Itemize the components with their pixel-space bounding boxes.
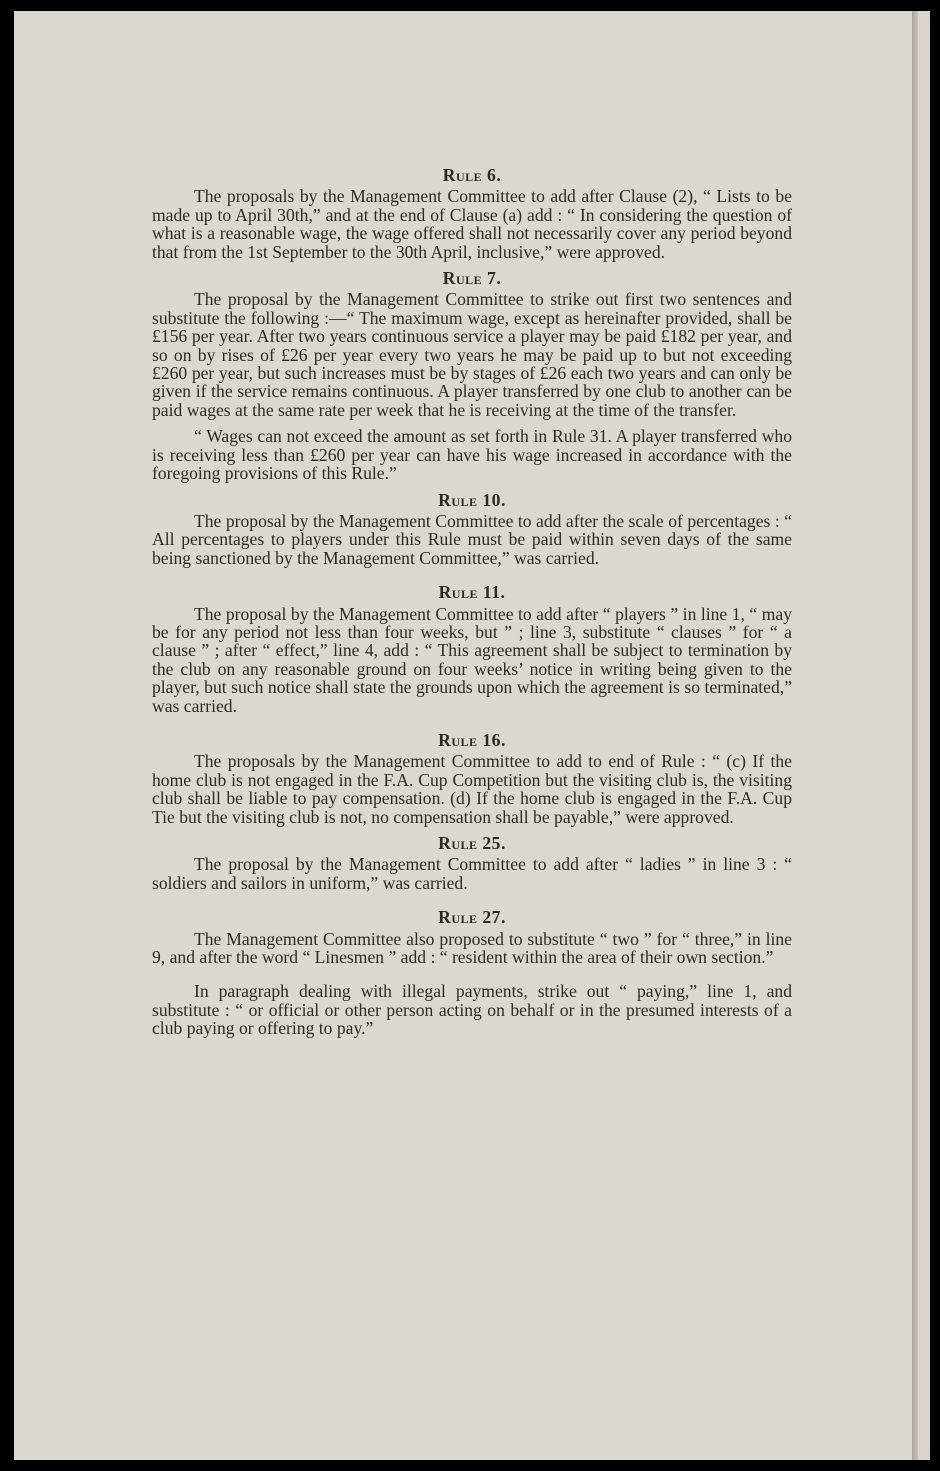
section-paragraph: The proposal by the Management Committee… xyxy=(152,290,792,419)
section-heading: Rule 10. xyxy=(152,491,792,509)
section-paragraph: The proposals by the Management Committe… xyxy=(152,187,792,261)
section-rule-27: Rule 27. The Management Committee also p… xyxy=(152,908,792,1037)
section-rule-7: Rule 7. The proposal by the Management C… xyxy=(152,269,792,482)
section-rule-11: Rule 11. The proposal by the Management … xyxy=(152,583,792,715)
section-paragraph: The proposals by the Management Committe… xyxy=(152,752,792,826)
section-heading: Rule 7. xyxy=(152,269,792,287)
section-heading: Rule 6. xyxy=(152,166,792,184)
section-heading: Rule 25. xyxy=(152,834,792,852)
section-paragraph: “ Wages can not exceed the amount as set… xyxy=(152,427,792,482)
section-heading: Rule 11. xyxy=(152,583,792,601)
section-paragraph: The Management Committee also proposed t… xyxy=(152,930,792,967)
page-edge xyxy=(918,11,930,1460)
section-rule-16: Rule 16. The proposals by the Management… xyxy=(152,731,792,826)
section-paragraph: In paragraph dealing with illegal paymen… xyxy=(152,982,792,1037)
section-heading: Rule 27. xyxy=(152,908,792,926)
section-heading: Rule 16. xyxy=(152,731,792,749)
section-rule-6: Rule 6. The proposals by the Management … xyxy=(152,166,792,261)
document-body: Rule 6. The proposals by the Management … xyxy=(152,166,792,1038)
section-rule-10: Rule 10. The proposal by the Management … xyxy=(152,491,792,568)
section-rule-25: Rule 25. The proposal by the Management … xyxy=(152,834,792,892)
section-paragraph: The proposal by the Management Committee… xyxy=(152,605,792,715)
section-paragraph: The proposal by the Management Committee… xyxy=(152,512,792,567)
section-paragraph: The proposal by the Management Committee… xyxy=(152,855,792,892)
